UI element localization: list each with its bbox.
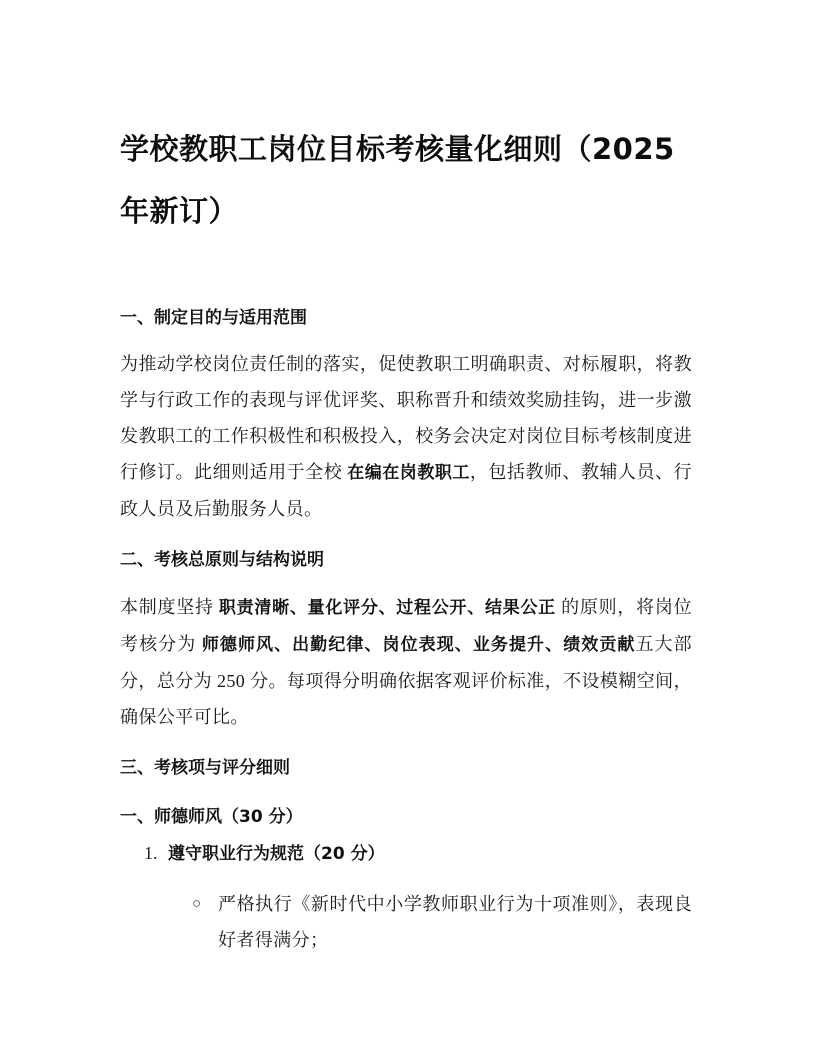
section-heading-principles: 二、考核总原则与结构说明 [120,548,324,572]
list-item: 1.遵守职业行为规范（20 分） [144,840,692,867]
circle-bullet-icon: ○ [192,886,212,922]
subsection-heading-ethics: 一、师德师风（30 分） [120,805,303,829]
bullet-item: ○ 严格执行《新时代中小学教师职业行为十项准则》，表现良好者得满分； [192,886,692,958]
paragraph-text: 本制度坚持 [120,597,219,617]
section-paragraph-purpose-scope: 为推动学校岗位责任制的落实，促使教职工明确职责、对标履职，将教学与行政工作的表现… [120,346,692,527]
section-heading-items: 三、考核项与评分细则 [120,756,290,780]
emphasis-text: 在编在岗教职工 [347,463,470,483]
section-paragraph-principles: 本制度坚持 职责清晰、量化评分、过程公开、结果公正 的原则，将岗位考核分为 师德… [120,589,692,735]
list-number: 1. [144,840,168,866]
bullet-text: 严格执行《新时代中小学教师职业行为十项准则》，表现良好者得满分； [192,886,692,958]
emphasis-text: 职责清晰、量化评分、过程公开、结果公正 [219,598,556,618]
document-title: 学校教职工岗位目标考核量化细则（2025年新订） [120,118,700,242]
section-heading-purpose-scope: 一、制定目的与适用范围 [120,306,307,330]
list-item-label: 遵守职业行为规范（20 分） [168,844,385,864]
emphasis-text: 师德师风、出勤纪律、岗位表现、业务提升、绩效贡献 [202,635,636,655]
